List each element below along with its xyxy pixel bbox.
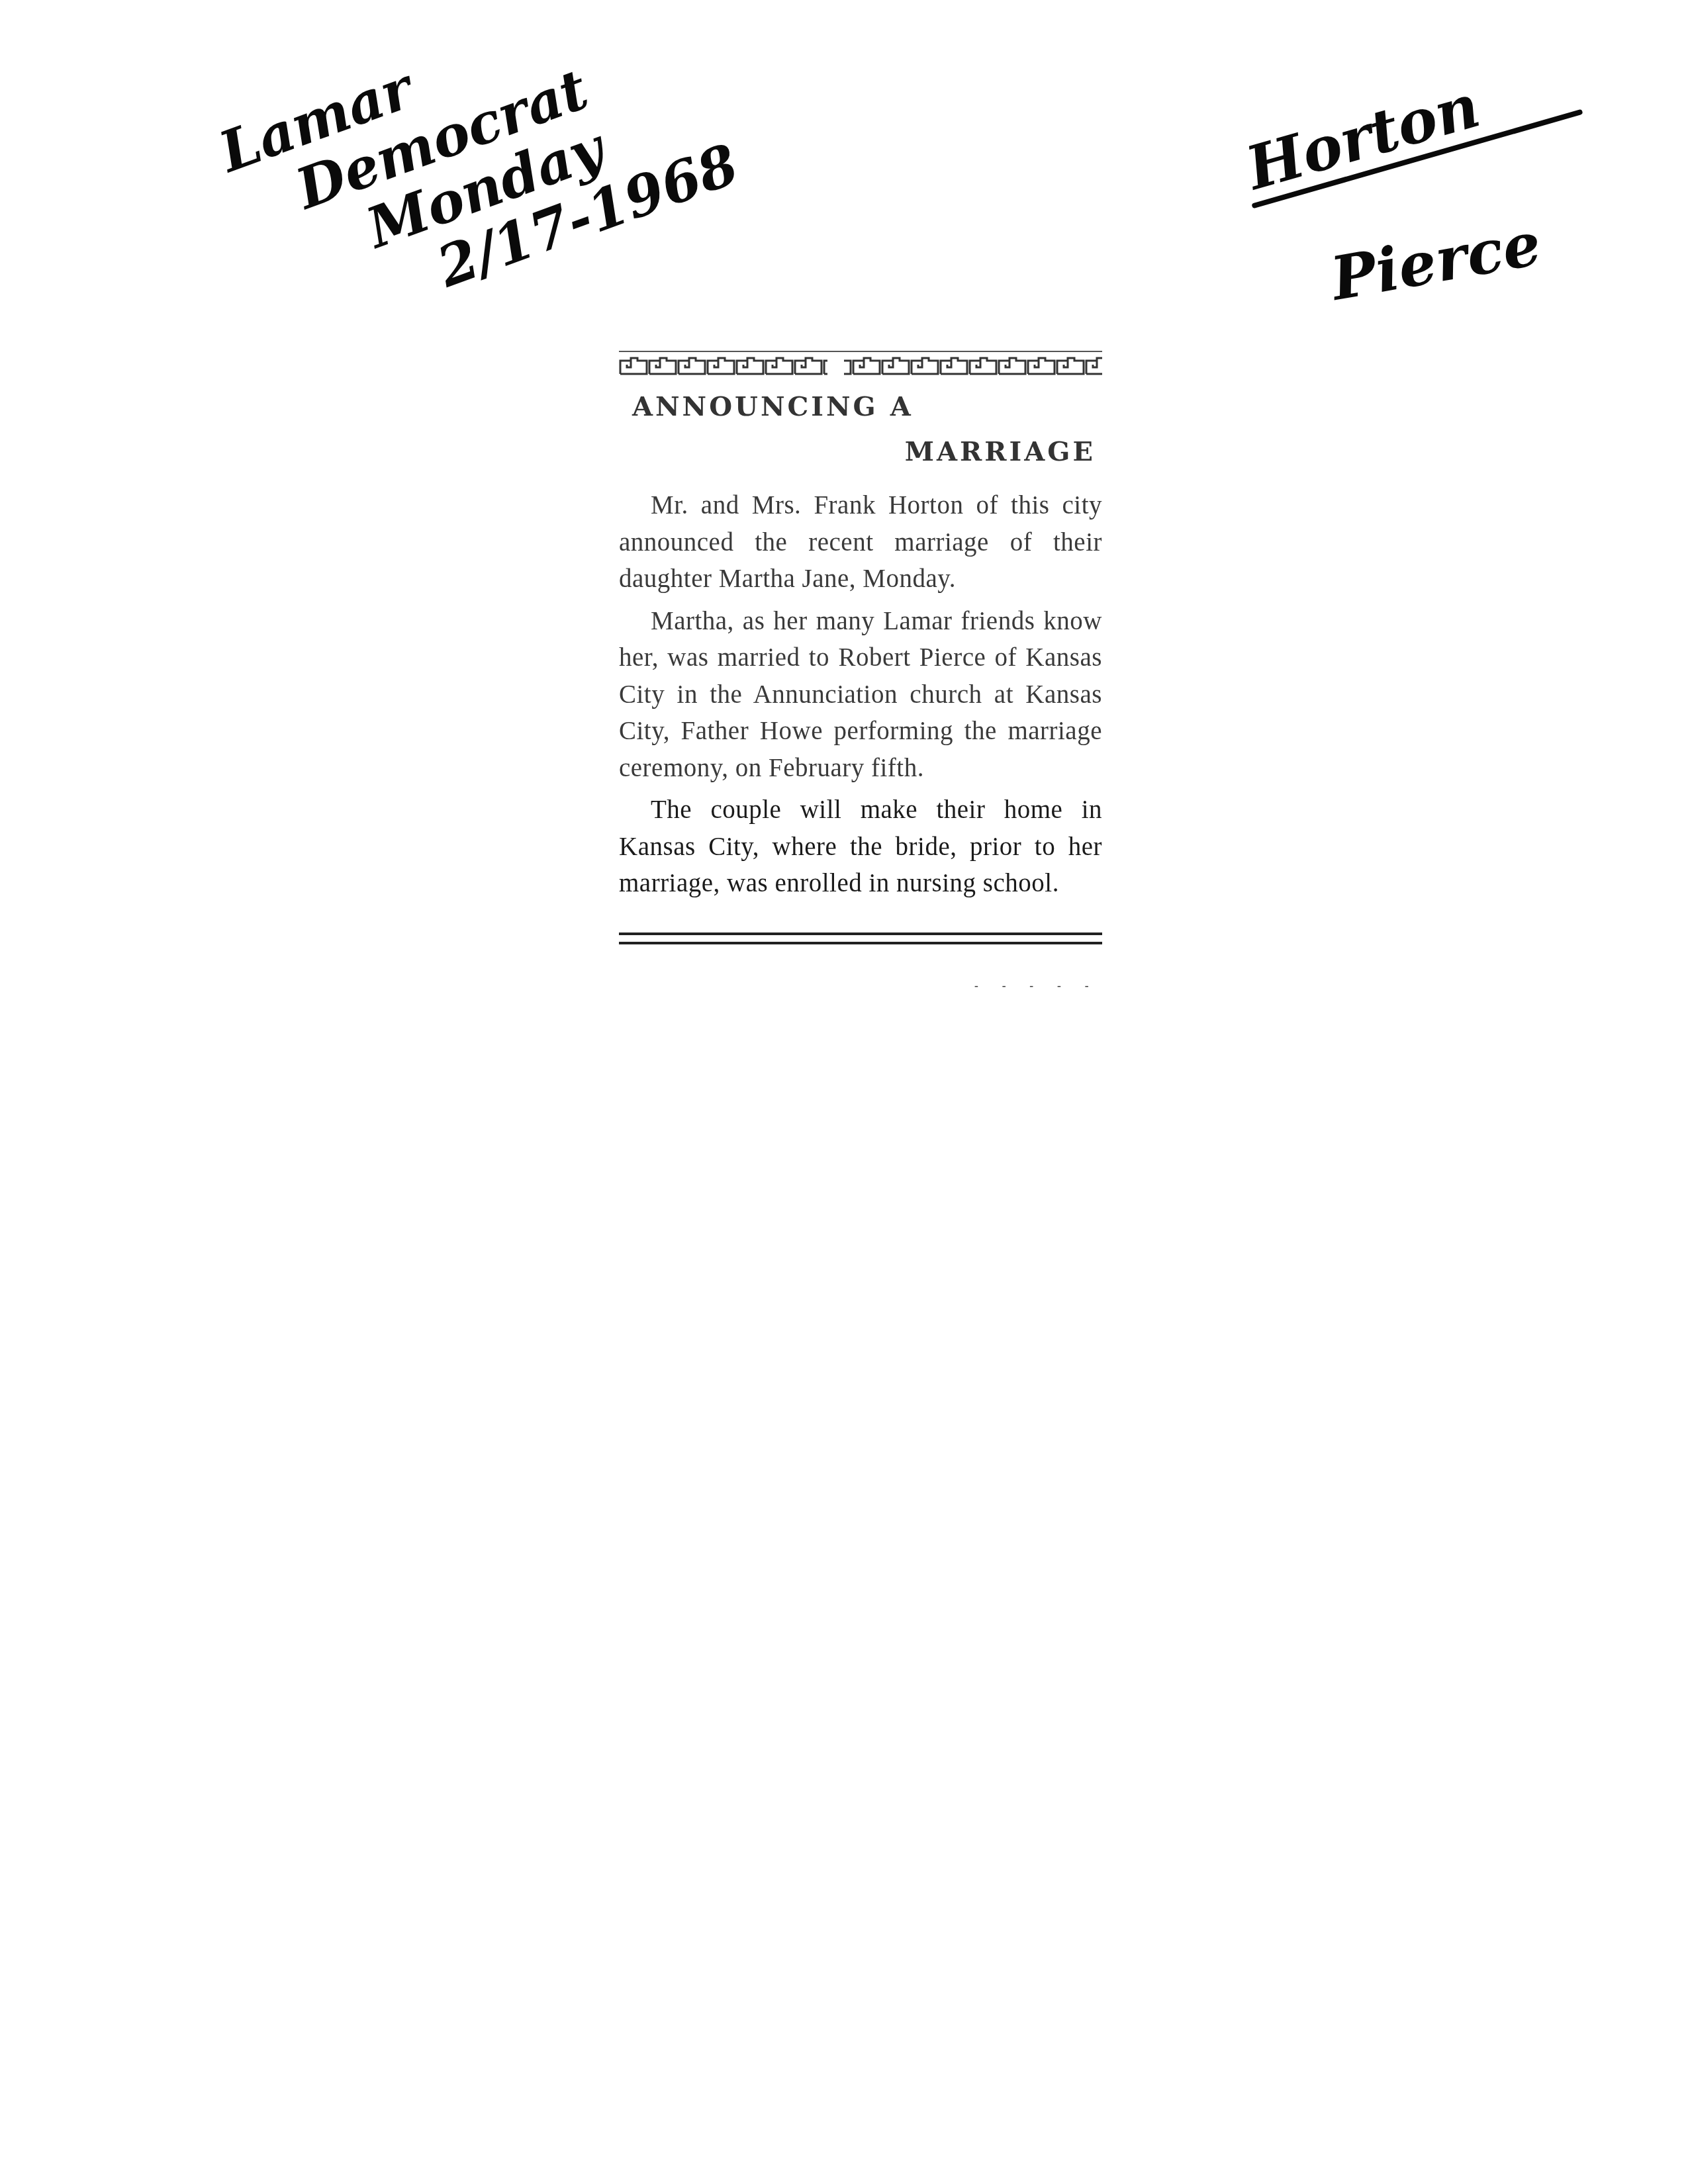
handwritten-source-note: Lamar Democrat Monday 2/17-1968 [212,0,746,355]
clipping-body: Mr. and Mrs. Frank Horton of this city a… [619,487,1102,902]
clipping-headline: ANNOUNCING A MARRIAGE [619,390,1102,469]
paragraph-ceremony: Martha, as her many Lamar friends know h… [619,603,1102,787]
greek-key-border-icon [619,351,1102,379]
greek-key-pattern [619,357,1102,377]
headline-line-2: MARRIAGE [619,435,1102,469]
handwritten-surnames-note: Horton Pierce [1258,136,1542,295]
paragraph-announcement: Mr. and Mrs. Frank Horton of this city a… [619,487,1102,598]
paragraph-residence: The couple will make their home in Kansa… [619,792,1102,902]
rule-bottom [619,942,1102,944]
note-surname-horton-text: Horton [1239,71,1487,204]
double-rule-divider [619,933,1102,947]
note-surname-pierce: Pierce [1327,210,1546,312]
headline-line-1: ANNOUNCING A [619,390,1102,424]
newspaper-clipping: ANNOUNCING A MARRIAGE Mr. and Mrs. Frank… [619,351,1102,993]
note-surname-horton: Horton [1239,60,1530,202]
trailing-print-marks: - - - - - [619,979,1102,993]
rule-top [619,933,1102,935]
